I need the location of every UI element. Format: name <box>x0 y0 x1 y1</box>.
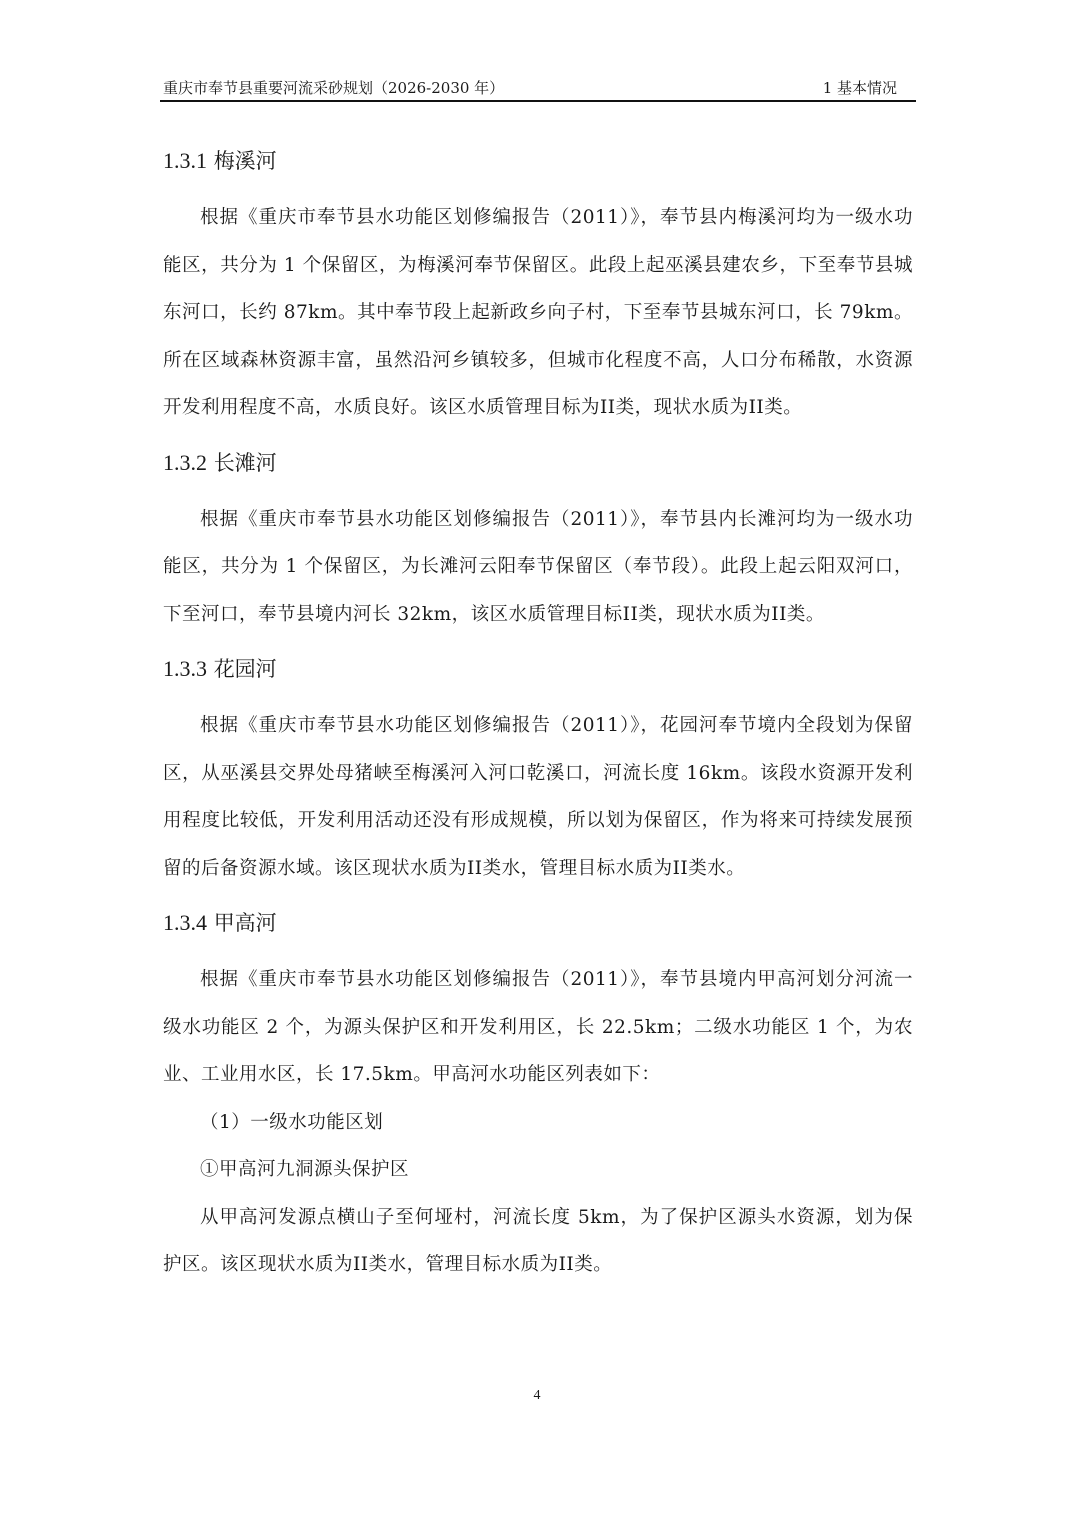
page-header: 重庆市奉节县重要河流采砂规划（2026-2030 年） 1 基本情况 <box>163 76 915 100</box>
section-number: 1.3.2 <box>163 450 207 475</box>
body-paragraph: 从甲高河发源点横山子至何垭村，河流长度 5km，为了保护区源头水资源，划为保护区… <box>163 1194 913 1289</box>
sub-item-heading: （1）一级水功能区划 <box>163 1099 913 1147</box>
section-heading: 1.3.1 梅溪河 <box>163 130 913 192</box>
section-title: 梅溪河 <box>214 149 277 173</box>
section-changtan-river: 1.3.2 长滩河 根据《重庆市奉节县水功能区划修编报告（2011）》，奉节县内… <box>163 432 913 639</box>
section-heading: 1.3.4 甲高河 <box>163 892 913 954</box>
body-paragraph: 根据《重庆市奉节县水功能区划修编报告（2011）》，奉节县内长滩河均为一级水功能… <box>163 496 913 639</box>
body-paragraph: 根据《重庆市奉节县水功能区划修编报告（2011）》，奉节县内梅溪河均为一级水功能… <box>163 194 913 432</box>
section-heading: 1.3.3 花园河 <box>163 638 913 700</box>
page-content: 1.3.1 梅溪河 根据《重庆市奉节县水功能区划修编报告（2011）》，奉节县内… <box>163 130 913 1289</box>
sub-item-heading: ①甲高河九洞源头保护区 <box>163 1146 913 1194</box>
section-title: 长滩河 <box>214 451 277 475</box>
section-number: 1.3.3 <box>163 656 207 681</box>
header-rule <box>160 100 916 102</box>
section-number: 1.3.4 <box>163 910 207 935</box>
chapter-label: 1 基本情况 <box>823 76 897 100</box>
body-paragraph: 根据《重庆市奉节县水功能区划修编报告（2011）》，奉节县境内甲高河划分河流一级… <box>163 956 913 1099</box>
document-title: 重庆市奉节县重要河流采砂规划（2026-2030 年） <box>163 76 504 100</box>
page-number: 4 <box>0 1388 1074 1404</box>
section-number: 1.3.1 <box>163 148 207 173</box>
section-title: 甲高河 <box>214 911 277 935</box>
section-title: 花园河 <box>214 657 277 681</box>
section-meixi-river: 1.3.1 梅溪河 根据《重庆市奉节县水功能区划修编报告（2011）》，奉节县内… <box>163 130 913 432</box>
section-heading: 1.3.2 长滩河 <box>163 432 913 494</box>
section-huayuan-river: 1.3.3 花园河 根据《重庆市奉节县水功能区划修编报告（2011）》，花园河奉… <box>163 638 913 892</box>
body-paragraph: 根据《重庆市奉节县水功能区划修编报告（2011）》，花园河奉节境内全段划为保留区… <box>163 702 913 892</box>
section-jiagao-river: 1.3.4 甲高河 根据《重庆市奉节县水功能区划修编报告（2011）》，奉节县境… <box>163 892 913 1289</box>
